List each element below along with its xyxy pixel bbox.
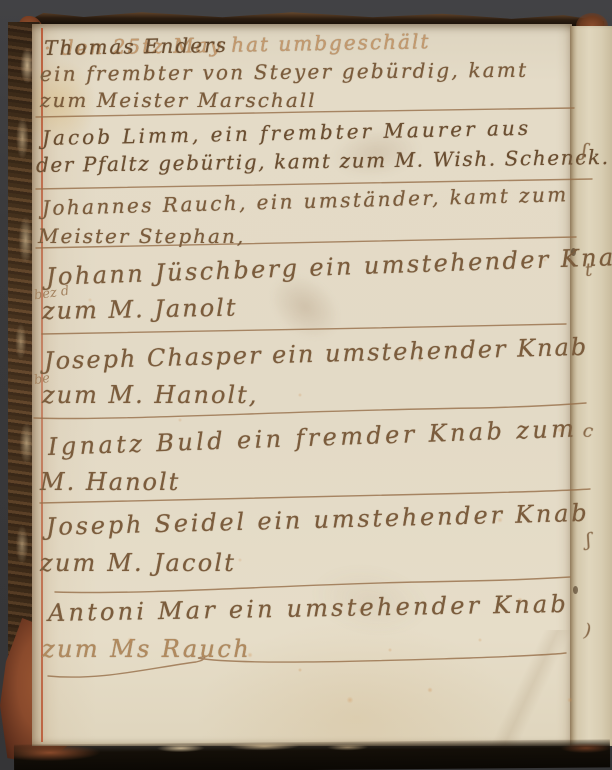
book-bottom-cover-edge — [14, 739, 610, 770]
next-page-ink-fragment: ) — [583, 620, 591, 641]
register-entry-line: M. Hanolt — [40, 468, 180, 496]
register-entry-line: Meister Stephan, — [38, 224, 245, 248]
register-entry-line: zum M. Hanolt, — [42, 381, 258, 409]
next-page-edge — [570, 26, 612, 746]
register-entry-line: zum Meister Marschall — [40, 88, 317, 112]
register-entry-line: zum Ms Rauch — [42, 635, 251, 663]
debris-speck — [573, 586, 578, 594]
register-entry-line: zum M. Jacolt — [40, 549, 236, 577]
register-entry-line: ein frembter von Steyer gebürdig, kamt — [40, 58, 528, 86]
manuscript-scan: · den 25tz May hat umbgeschält Thomas En… — [0, 0, 612, 770]
entry-person-name: Thomas Enders — [44, 33, 228, 60]
next-page-ink-fragment: t — [584, 260, 593, 281]
register-entry-line: zum M. Janolt — [42, 294, 238, 325]
